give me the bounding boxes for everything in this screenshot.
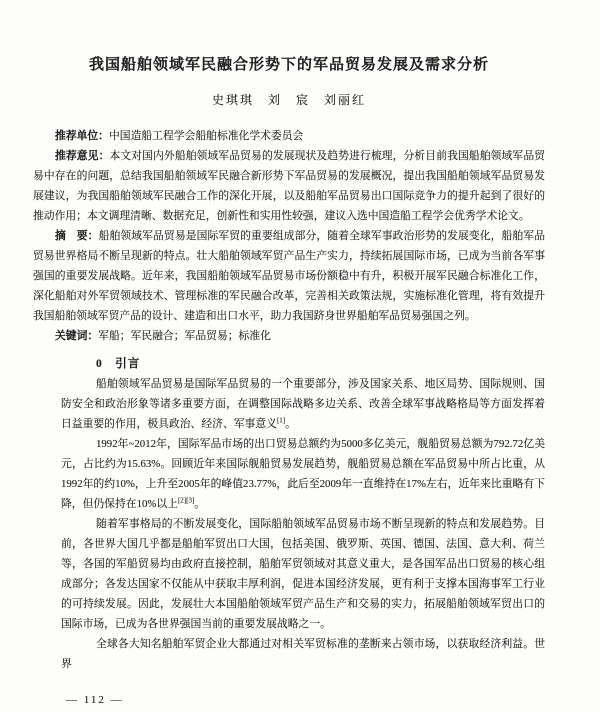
paper-title: 我国船舶领域军民融合形势下的军品贸易发展及需求分析: [33, 54, 545, 76]
recommend-opinion-paragraph: 推荐意见：本文对国内外船舶领域军品贸易的发展现状及趋势进行梳理，分析目前我国船舶…: [33, 146, 545, 226]
recommend-unit-label: 推荐单位：: [55, 130, 109, 142]
abstract-text: 船舶领域军品贸易是国际军贸的重要组成部分，随着全球军事政治形势的发展变化，船舶军…: [33, 230, 545, 322]
intro-paragraph-1-tail: 。: [285, 418, 296, 430]
intro-paragraph-3: 随着军事格局的不断发展变化，国际船舶领域军品贸易市场不断呈现新的特点和发展趋势。…: [61, 514, 545, 634]
paper-page: 我国船舶领域军民融合形势下的军品贸易发展及需求分析 史琪琪 刘 宸 刘丽红 推荐…: [0, 0, 600, 712]
citation-ref-2-3: [2][3]: [178, 496, 194, 504]
recommend-opinion-text: 本文对国内外船舶领域军品贸易的发展现状及趋势进行梳理，分析目前我国船舶领域军品贸…: [33, 150, 545, 222]
recommend-unit-text: 中国造船工程学会船舶标准化学术委员会: [109, 130, 303, 142]
page-content: 我国船舶领域军民融合形势下的军品贸易发展及需求分析 史琪琪 刘 宸 刘丽红 推荐…: [0, 0, 600, 674]
intro-paragraph-2-tail: 。: [194, 498, 205, 510]
recommendation-block: 推荐单位：中国造船工程学会船舶标准化学术委员会 推荐意见：本文对国内外船舶领域军…: [33, 126, 545, 346]
citation-ref-1: [1]: [277, 416, 285, 424]
recommend-opinion-label: 推荐意见：: [55, 150, 109, 162]
intro-paragraph-4: 全球各大知名船舶军贸企业大都通过对相关军贸标准的垄断来占领市场，以获取经济利益。…: [61, 634, 545, 674]
recommend-unit-line: 推荐单位：中国造船工程学会船舶标准化学术委员会: [33, 126, 545, 146]
abstract-label: 摘 要：: [55, 230, 99, 242]
section-heading-intro: 0 引言: [96, 354, 545, 374]
authors-line: 史琪琪 刘 宸 刘丽红: [33, 92, 545, 108]
intro-paragraph-2: 1992年~2012年，国际军品市场的出口贸易总额约为5000多亿美元，舰船贸易…: [61, 434, 545, 514]
page-number: — 112 —: [66, 694, 124, 706]
keywords-line: 关键词：军船；军民融合；军品贸易；标准化: [33, 326, 545, 346]
introduction-section: 0 引言 船舶领域军品贸易是国际军品贸易的一个重要部分，涉及国家关系、地区局势、…: [33, 354, 545, 674]
keywords-text: 军船；军民融合；军品贸易；标准化: [98, 330, 271, 342]
keywords-label: 关键词：: [55, 330, 98, 342]
intro-paragraph-1-text: 船舶领域军品贸易是国际军品贸易的一个重要部分，涉及国家关系、地区局势、国际规则、…: [61, 378, 545, 430]
intro-paragraph-2-text: 1992年~2012年，国际军品市场的出口贸易总额约为5000多亿美元，舰船贸易…: [61, 438, 545, 510]
abstract-paragraph: 摘 要：船舶领域军品贸易是国际军贸的重要组成部分，随着全球军事政治形势的发展变化…: [33, 226, 545, 326]
intro-paragraph-1: 船舶领域军品贸易是国际军品贸易的一个重要部分，涉及国家关系、地区局势、国际规则、…: [61, 374, 545, 434]
